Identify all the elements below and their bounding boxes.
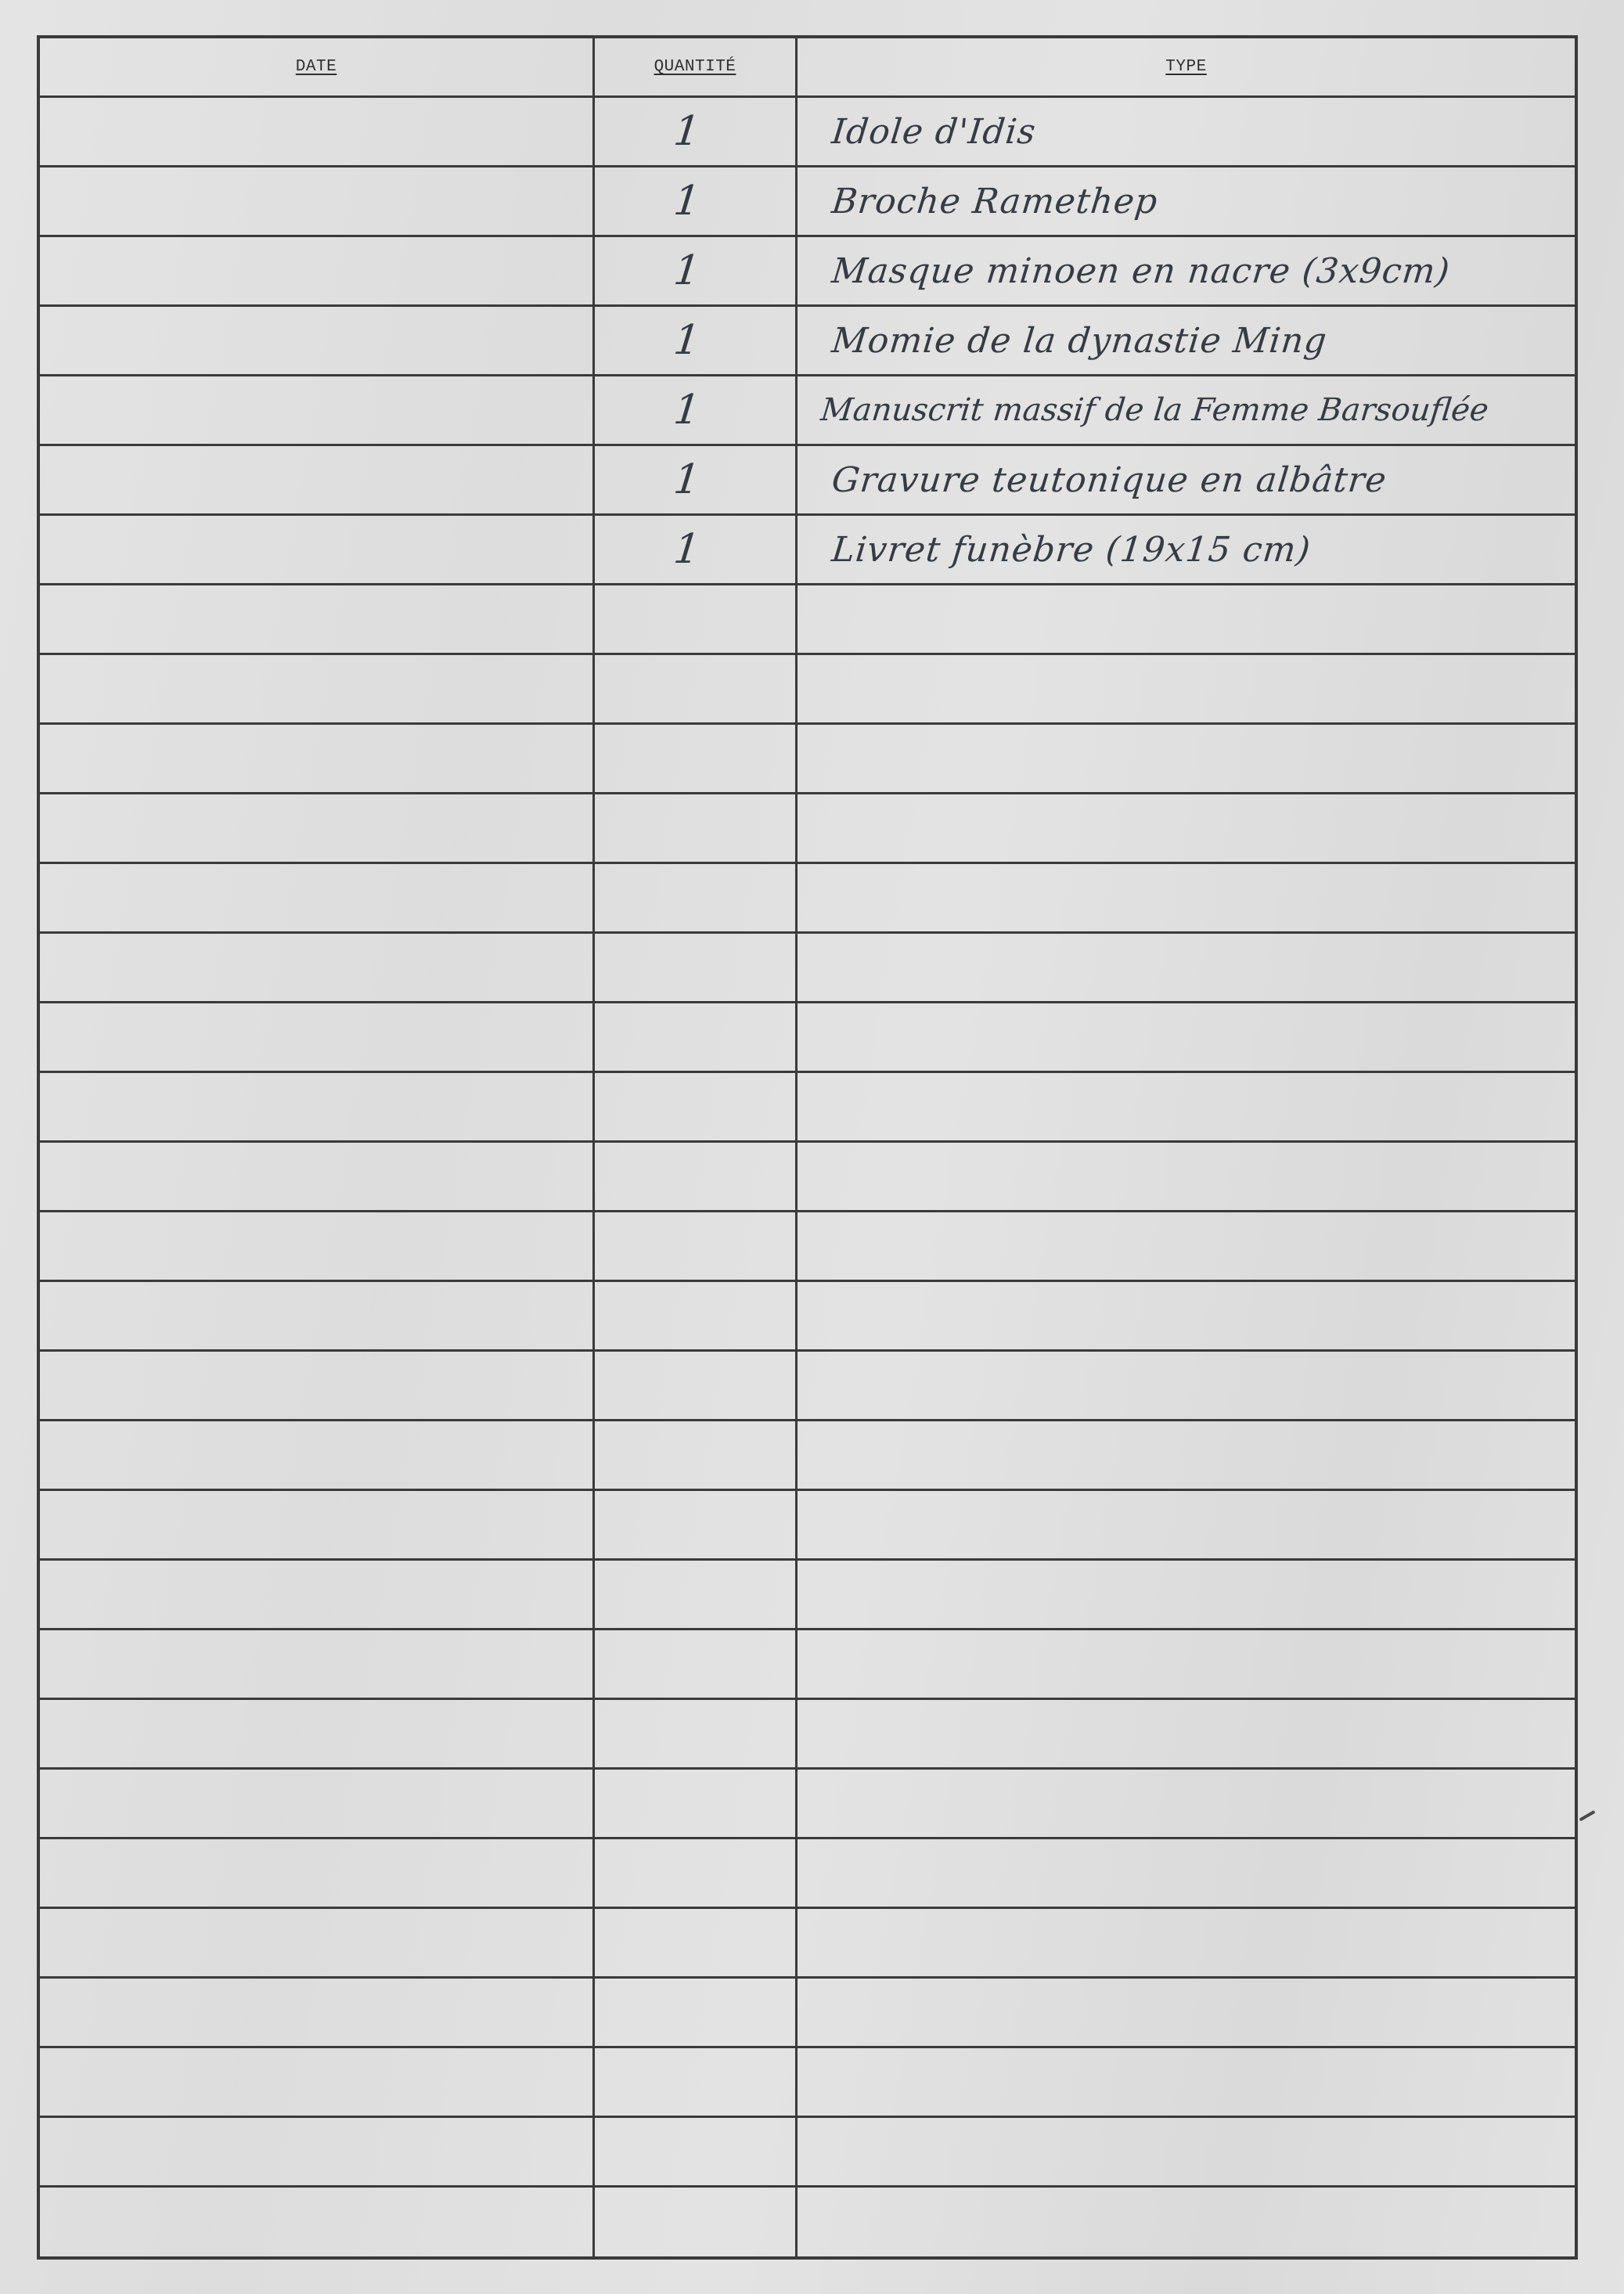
row-1-quantity-cell-value: 1	[672, 108, 703, 155]
row-6-quantity-cell-value: 1	[672, 456, 703, 503]
row-14-type-cell	[798, 1003, 1575, 1073]
row-21-type-cell	[798, 1491, 1575, 1561]
row-26-type-cell	[798, 1839, 1575, 1909]
row-30-quantity-cell	[595, 2118, 798, 2188]
row-10-quantity-cell	[595, 725, 798, 794]
row-20-quantity-cell	[595, 1421, 798, 1491]
row-21-quantity-cell	[595, 1491, 798, 1561]
row-11-type-cell	[798, 794, 1575, 864]
row-2-quantity-cell-value: 1	[672, 178, 703, 225]
row-17-type-cell	[798, 1212, 1575, 1282]
row-28-type-cell	[798, 1979, 1575, 2048]
row-6-type-cell-value: Gravure teutonique en albâtre	[795, 460, 1388, 500]
row-16-quantity-cell	[595, 1143, 798, 1212]
row-30-date-cell	[40, 2118, 595, 2188]
row-5-type-cell-value: Manuscrit massif de la Femme Barsouflée	[796, 392, 1491, 428]
row-21-date-cell	[40, 1491, 595, 1561]
row-12-type-cell	[798, 864, 1575, 934]
row-13-quantity-cell	[595, 934, 798, 1003]
row-4-type-cell: Momie de la dynastie Ming	[798, 307, 1575, 376]
row-17-date-cell	[40, 1212, 595, 1282]
row-11-quantity-cell	[595, 794, 798, 864]
row-10-date-cell	[40, 725, 595, 794]
row-6-date-cell	[40, 446, 595, 516]
row-19-date-cell	[40, 1352, 595, 1421]
row-20-date-cell	[40, 1421, 595, 1491]
row-23-type-cell	[798, 1630, 1575, 1700]
row-19-quantity-cell	[595, 1352, 798, 1421]
row-4-date-cell	[40, 307, 595, 376]
ledger-table: DATE QUANTITÉ TYPE 1Idole d'Idis1Broche …	[37, 35, 1578, 2260]
row-15-type-cell	[798, 1073, 1575, 1143]
row-29-quantity-cell	[595, 2048, 798, 2118]
row-27-type-cell	[798, 1909, 1575, 1979]
row-14-quantity-cell	[595, 1003, 798, 1073]
row-12-date-cell	[40, 864, 595, 934]
row-16-type-cell	[798, 1143, 1575, 1212]
row-7-date-cell	[40, 516, 595, 585]
row-7-quantity-cell: 1	[595, 516, 798, 585]
row-29-type-cell	[798, 2048, 1575, 2118]
header-date: DATE	[40, 38, 595, 98]
header-type: TYPE	[798, 38, 1575, 98]
row-1-type-cell: Idole d'Idis	[798, 98, 1575, 167]
row-4-quantity-cell-value: 1	[672, 317, 703, 364]
row-2-date-cell	[40, 167, 595, 237]
row-6-type-cell: Gravure teutonique en albâtre	[798, 446, 1575, 516]
row-7-type-cell-value: Livret funèbre (19x15 cm)	[795, 530, 1313, 570]
row-5-quantity-cell-value: 1	[672, 387, 703, 434]
row-13-type-cell	[798, 934, 1575, 1003]
row-26-quantity-cell	[595, 1839, 798, 1909]
row-25-type-cell	[798, 1770, 1575, 1839]
row-24-type-cell	[798, 1700, 1575, 1770]
row-3-quantity-cell: 1	[595, 237, 798, 307]
row-28-date-cell	[40, 1979, 595, 2048]
row-14-date-cell	[40, 1003, 595, 1073]
row-23-quantity-cell	[595, 1630, 798, 1700]
row-1-date-cell	[40, 98, 595, 167]
row-22-quantity-cell	[595, 1561, 798, 1630]
row-26-date-cell	[40, 1839, 595, 1909]
row-4-quantity-cell: 1	[595, 307, 798, 376]
ledger-grid: DATE QUANTITÉ TYPE 1Idole d'Idis1Broche …	[40, 38, 1575, 2257]
row-8-quantity-cell	[595, 585, 798, 655]
header-date-label: DATE	[296, 58, 337, 76]
row-29-date-cell	[40, 2048, 595, 2118]
row-15-date-cell	[40, 1073, 595, 1143]
row-2-quantity-cell: 1	[595, 167, 798, 237]
row-3-date-cell	[40, 237, 595, 307]
row-3-type-cell-value: Masque minoen en nacre (3x9cm)	[795, 251, 1452, 291]
row-25-date-cell	[40, 1770, 595, 1839]
stray-pen-mark	[1579, 1810, 1595, 1821]
row-31-type-cell	[798, 2188, 1575, 2257]
row-2-type-cell-value: Broche Ramethep	[795, 182, 1160, 221]
row-19-type-cell	[798, 1352, 1575, 1421]
header-type-label: TYPE	[1165, 58, 1206, 76]
row-15-quantity-cell	[595, 1073, 798, 1143]
row-22-date-cell	[40, 1561, 595, 1630]
row-18-quantity-cell	[595, 1282, 798, 1352]
row-7-quantity-cell-value: 1	[672, 526, 703, 573]
row-28-quantity-cell	[595, 1979, 798, 2048]
row-13-date-cell	[40, 934, 595, 1003]
row-5-quantity-cell: 1	[595, 376, 798, 446]
row-9-date-cell	[40, 655, 595, 725]
row-20-type-cell	[798, 1421, 1575, 1491]
row-24-date-cell	[40, 1700, 595, 1770]
row-12-quantity-cell	[595, 864, 798, 934]
row-25-quantity-cell	[595, 1770, 798, 1839]
row-24-quantity-cell	[595, 1700, 798, 1770]
row-31-date-cell	[40, 2188, 595, 2257]
row-1-quantity-cell: 1	[595, 98, 798, 167]
row-3-quantity-cell-value: 1	[672, 247, 703, 294]
row-16-date-cell	[40, 1143, 595, 1212]
row-7-type-cell: Livret funèbre (19x15 cm)	[798, 516, 1575, 585]
row-22-type-cell	[798, 1561, 1575, 1630]
header-quantity: QUANTITÉ	[595, 38, 798, 98]
row-9-type-cell	[798, 655, 1575, 725]
row-9-quantity-cell	[595, 655, 798, 725]
row-18-date-cell	[40, 1282, 595, 1352]
row-3-type-cell: Masque minoen en nacre (3x9cm)	[798, 237, 1575, 307]
row-11-date-cell	[40, 794, 595, 864]
row-2-type-cell: Broche Ramethep	[798, 167, 1575, 237]
row-8-type-cell	[798, 585, 1575, 655]
row-10-type-cell	[798, 725, 1575, 794]
row-18-type-cell	[798, 1282, 1575, 1352]
row-1-type-cell-value: Idole d'Idis	[795, 112, 1038, 152]
row-4-type-cell-value: Momie de la dynastie Ming	[795, 321, 1329, 361]
header-quantity-label: QUANTITÉ	[654, 58, 736, 76]
row-6-quantity-cell: 1	[595, 446, 798, 516]
row-8-date-cell	[40, 585, 595, 655]
row-5-date-cell	[40, 376, 595, 446]
row-27-date-cell	[40, 1909, 595, 1979]
row-30-type-cell	[798, 2118, 1575, 2188]
row-23-date-cell	[40, 1630, 595, 1700]
row-5-type-cell: Manuscrit massif de la Femme Barsouflée	[798, 376, 1575, 446]
row-31-quantity-cell	[595, 2188, 798, 2257]
row-17-quantity-cell	[595, 1212, 798, 1282]
row-27-quantity-cell	[595, 1909, 798, 1979]
